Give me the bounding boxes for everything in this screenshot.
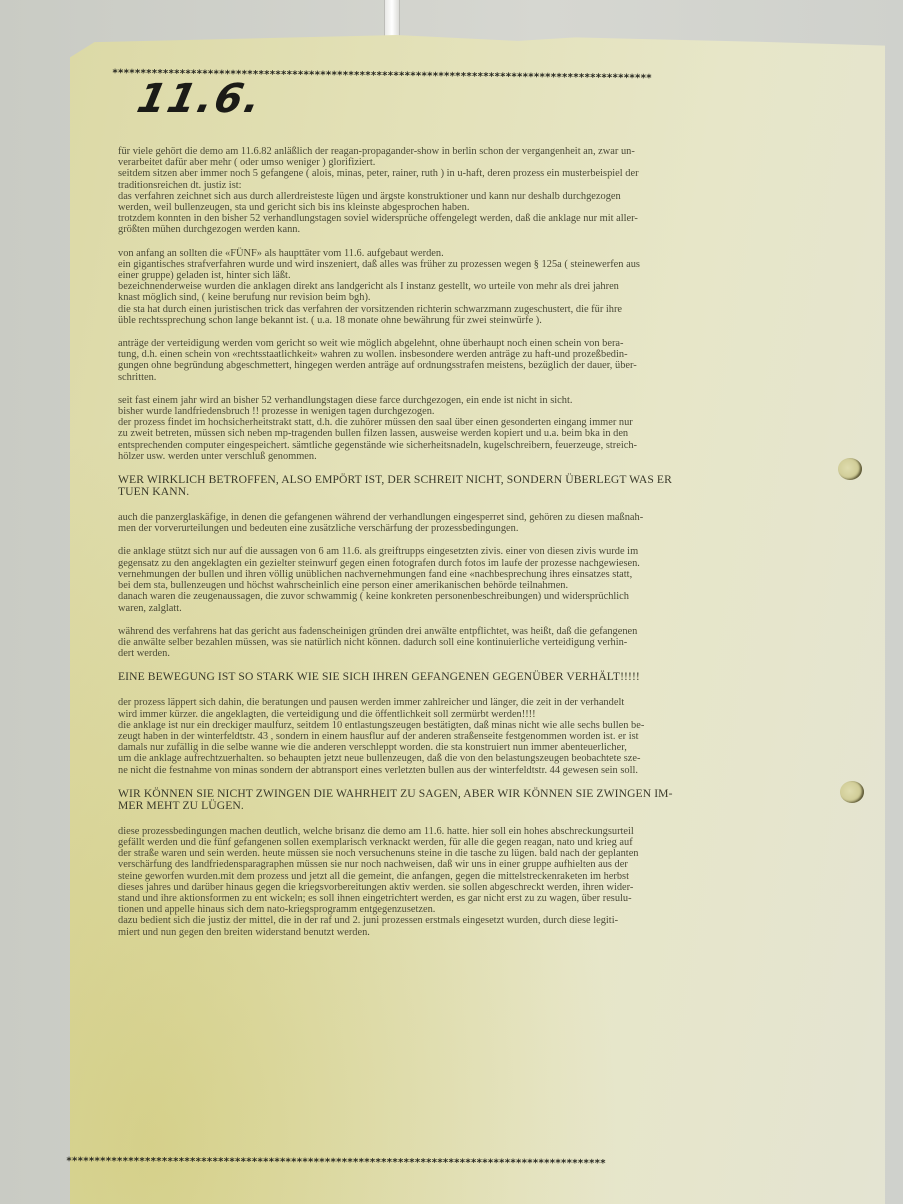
text-line: TUEN KANN. (118, 486, 830, 498)
punch-hole (840, 781, 864, 803)
text-line: die anklage stützt sich nur auf die auss… (118, 546, 830, 557)
text-line: verarbeitet dafür aber mehr ( oder umso … (118, 157, 830, 168)
text-line: hölzer usw. werden unter verschluß genom… (118, 451, 830, 462)
text-line: von anfang an sollten die «FÜNF» als hau… (118, 248, 830, 259)
text-line: bei dem sta, bullenzeugen und höchst wah… (118, 580, 830, 591)
text-line: dieses jahres und darüber hinaus gegen d… (118, 882, 830, 893)
text-line: dazu bedient sich die justiz der mittel,… (118, 915, 830, 926)
text-line: EINE BEWEGUNG IST SO STARK WIE SIE SICH … (118, 671, 830, 683)
text-line: größten mühen durchgezogen werden kann. (118, 224, 830, 235)
text-line: knast möglich sind, ( keine berufung nur… (118, 292, 830, 303)
document-body: für viele gehört die demo am 11.6.82 anl… (118, 146, 830, 950)
paragraph: während des verfahrens hat das gericht a… (118, 626, 830, 660)
text-line: auch die panzerglaskäfige, in denen die … (118, 512, 830, 523)
text-line: danach waren die zeugenaussagen, die zuv… (118, 591, 830, 602)
punch-hole (838, 458, 862, 480)
section-heading: EINE BEWEGUNG IST SO STARK WIE SIE SICH … (118, 671, 830, 683)
text-line: damals nur zufällig in die selbe wanne w… (118, 742, 830, 753)
text-line: um die anklage aufrechtzuerhalten. so be… (118, 753, 830, 764)
text-line: zu zweit betreten, müssen sich neben mp-… (118, 428, 830, 439)
section-heading: WER WIRKLICH BETROFFEN, ALSO EMPÖRT IST,… (118, 474, 830, 498)
date-heading: 11.6. (133, 76, 267, 122)
text-line: trotzdem konnten in den bisher 52 verhan… (118, 213, 830, 224)
text-line: einer gruppe) geladen ist, hinter sich l… (118, 270, 830, 281)
text-line: das verfahren zeichnet sich aus durch al… (118, 191, 830, 202)
text-line: wird immer kürzer. die angeklagten, die … (118, 709, 830, 720)
paragraph: die anklage stützt sich nur auf die auss… (118, 546, 830, 613)
text-line: ne nicht die festnahme von minas sondern… (118, 765, 830, 776)
text-line: bisher wurde landfriedensbruch !! prozes… (118, 406, 830, 417)
paragraph: von anfang an sollten die «FÜNF» als hau… (118, 248, 830, 326)
paragraph: der prozess läppert sich dahin, die bera… (118, 697, 830, 775)
text-line: der straße waren und sein werden. heute … (118, 848, 830, 859)
paragraph: für viele gehört die demo am 11.6.82 anl… (118, 146, 830, 236)
text-line: die anwälte selber bezahlen müssen, was … (118, 637, 830, 648)
text-line: traditionsreichen dt. justiz ist: (118, 180, 830, 191)
text-line: zeugt haben in der winterfeldtstr. 43 , … (118, 731, 830, 742)
text-line: üble rechtssprechung schon lange bekannt… (118, 315, 830, 326)
text-line: schritten. (118, 372, 830, 383)
text-line: MER MEHT ZU LÜGEN. (118, 800, 830, 812)
text-line: stand und ihre aktionsformen zu ent wick… (118, 893, 830, 904)
text-line: der prozess findet im hochsicherheitstra… (118, 417, 830, 428)
text-line: dert werden. (118, 648, 830, 659)
text-line: tionen und appelle hinaus sich dem nato-… (118, 904, 830, 915)
text-line: gegensatz zu den angeklagten ein gezielt… (118, 558, 830, 569)
text-line: steine geworfen wurden.mit dem prozess u… (118, 871, 830, 882)
text-line: der prozess läppert sich dahin, die bera… (118, 697, 830, 708)
paragraph: seit fast einem jahr wird an bisher 52 v… (118, 395, 830, 462)
text-line: die sta hat durch einen juristischen tri… (118, 304, 830, 315)
text-line: waren, zalglatt. (118, 603, 830, 614)
text-line: bezeichnenderweise wurden die anklagen d… (118, 281, 830, 292)
section-heading: WIR KÖNNEN SIE NICHT ZWINGEN DIE WAHRHEI… (118, 788, 830, 812)
text-line: seit fast einem jahr wird an bisher 52 v… (118, 395, 830, 406)
text-line: gefällt werden und die fünf gefangenen s… (118, 837, 830, 848)
text-line: während des verfahrens hat das gericht a… (118, 626, 830, 637)
text-line: seitdem sitzen aber immer noch 5 gefange… (118, 168, 830, 179)
text-line: diese prozessbedingungen machen deutlich… (118, 826, 830, 837)
text-line: die anklage ist nur ein dreckiger maulfu… (118, 720, 830, 731)
text-line: ein gigantisches strafverfahren wurde un… (118, 259, 830, 270)
paragraph: auch die panzerglaskäfige, in denen die … (118, 512, 830, 534)
paragraph: anträge der verteidigung werden vom geri… (118, 338, 830, 383)
text-line: für viele gehört die demo am 11.6.82 anl… (118, 146, 830, 157)
text-line: werden, weil bullenzeugen, sta und geric… (118, 202, 830, 213)
text-line: WER WIRKLICH BETROFFEN, ALSO EMPÖRT IST,… (118, 474, 830, 486)
text-line: anträge der verteidigung werden vom geri… (118, 338, 830, 349)
text-line: men der vorverurteilungen und bedeuten e… (118, 523, 830, 534)
text-line: entsprechenden computer eingespeichert. … (118, 440, 830, 451)
text-line: vernehmungen der bullen und ihren völlig… (118, 569, 830, 580)
text-line: verschärfung des landfriedensparagraphen… (118, 859, 830, 870)
paragraph: diese prozessbedingungen machen deutlich… (118, 826, 830, 938)
text-line: gungen ohne begründung abgeschmettert, h… (118, 360, 830, 371)
text-line: WIR KÖNNEN SIE NICHT ZWINGEN DIE WAHRHEI… (118, 788, 830, 800)
text-line: miert und nun gegen den breiten widersta… (118, 927, 830, 938)
text-line: tung, d.h. einen schein von «rechtsstaat… (118, 349, 830, 360)
